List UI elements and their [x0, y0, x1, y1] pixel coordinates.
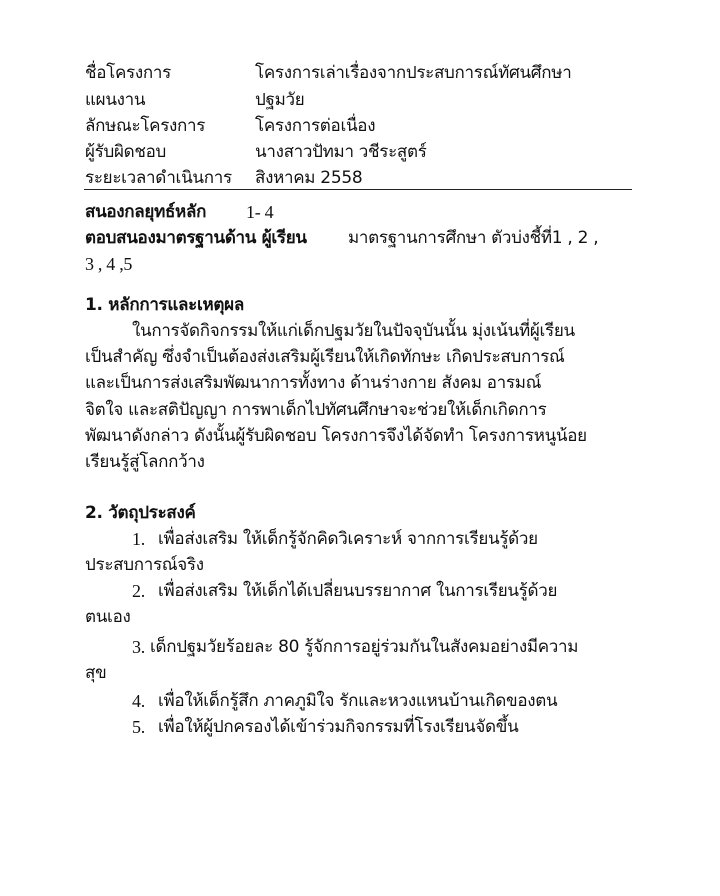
value-responsible: นางสาวปัทมา วชีระสูตร์: [255, 139, 427, 165]
section1-line: ในการจัดกิจกรรมให้แก่เด็กปฐมวัยในปัจจุบั…: [132, 318, 575, 344]
objective-text: เพื่อส่งเสริม ให้เด็กรู้จักคิดวิเคราะห์ …: [158, 526, 538, 552]
objective-number: 2.: [132, 578, 145, 604]
section1-line: จิตใจ และสติปัญญา การพาเด็กไปทัศนศึกษาจะ…: [85, 397, 546, 423]
value-project-name: โครงการเล่าเรื่องจากประสบการณ์ทัศนศึกษา: [255, 60, 571, 86]
objective-text: เพื่อให้ผู้ปกครองได้เข้าร่วมกิจกรรมที่โร…: [158, 714, 518, 740]
value-duration: สิงหาคม 2558: [255, 165, 362, 191]
objective-text: เด็กปฐมวัยร้อยละ 80 รู้จักการอยู่ร่วมกัน…: [150, 634, 578, 660]
section1-line: เรียนรู้สู่โลกกว้าง: [85, 449, 205, 475]
label-responsible: ผู้รับผิดชอบ: [85, 139, 166, 165]
label-duration: ระยะเวลาดำเนินการ: [85, 165, 232, 191]
strategy-value: 1- 4: [246, 199, 273, 225]
objective-text-continued: ประสบการณ์จริง: [85, 552, 204, 578]
label-plan: แผนงาน: [85, 87, 145, 113]
standard-text-line1: มาตรฐานการศึกษา ตัวบ่งชี้ที่1 , 2 ,: [348, 225, 598, 251]
document-page: ชื่อโครงการ โครงการเล่าเรื่องจากประสบการ…: [0, 0, 720, 896]
objective-text: เพื่อส่งเสริม ให้เด็กได้เปลี่ยนบรรยากาศ …: [158, 578, 557, 604]
objective-text-continued: สุข: [85, 660, 106, 686]
section1-line: เป็นสำคัญ ซึ่งจำเป็นต้องส่งเสริมผู้เรียน…: [85, 344, 565, 370]
label-project-type: ลักษณะโครงการ: [85, 113, 205, 139]
objective-number: 4.: [132, 688, 145, 714]
objective-text-continued: ตนเอง: [85, 604, 130, 630]
objective-number: 3.: [132, 634, 145, 660]
value-plan: ปฐมวัย: [255, 87, 304, 113]
label-project-name: ชื่อโครงการ: [85, 60, 171, 86]
objective-number: 5.: [132, 714, 145, 740]
standard-text-line2: 3 , 4 ,5: [85, 251, 132, 277]
strategy-label: สนองกลยุทธ์หลัก: [85, 199, 206, 225]
value-project-type: โครงการต่อเนื่อง: [255, 113, 375, 139]
section1-line: และเป็นการส่งเสริมพัฒนาการทั้งทาง ด้านร่…: [85, 370, 541, 396]
section1-line: พัฒนาดังกล่าว ดังนั้นผู้รับผิดชอบ โครงกา…: [85, 423, 587, 449]
section2-heading: 2. วัตถุประสงค์: [85, 500, 196, 526]
objective-number: 1.: [132, 526, 145, 552]
objective-text: เพื่อให้เด็กรู้สึก ภาคภูมิใจ รักและหวงแห…: [158, 688, 557, 714]
section1-heading: 1. หลักการและเหตุผล: [85, 292, 244, 318]
standard-label: ตอบสนองมาตรฐานด้าน ผู้เรียน: [85, 225, 307, 251]
horizontal-divider: [84, 189, 632, 190]
